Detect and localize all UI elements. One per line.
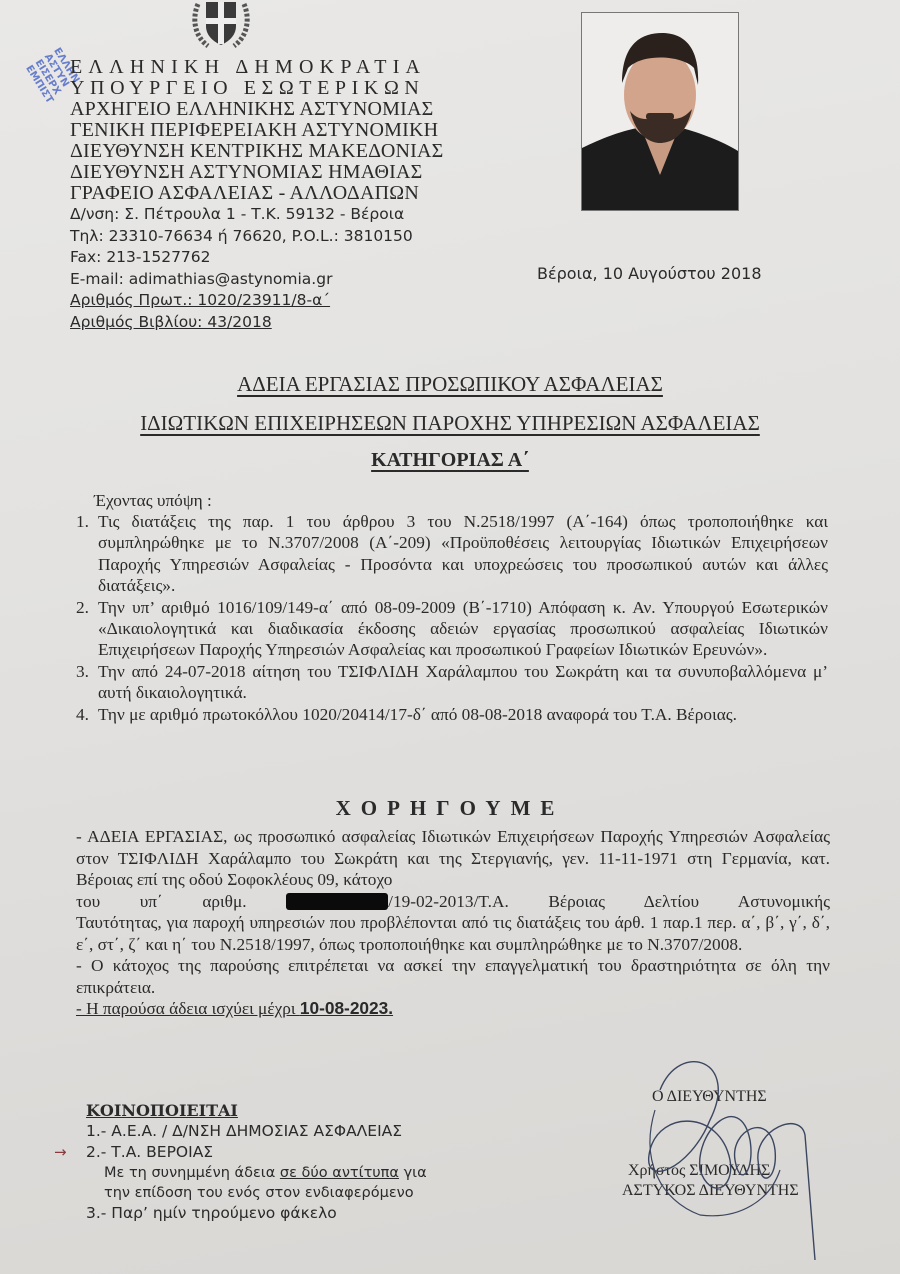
item-text: Την υπ’ αριθμό 1016/109/149-α΄ από 08-09…: [98, 598, 828, 660]
office-fax: Fax: 213-1527762: [70, 247, 443, 269]
title-text: ΑΔΕΙΑ ΕΡΓΑΣΙΑΣ ΠΡΟΣΩΠΙΚΟΥ ΑΣΦΑΛΕΙΑΣ: [237, 372, 663, 396]
grant-text: Ταυτότητας, για παροχή υπηρεσιών που προ…: [76, 913, 830, 954]
grant-text: - Ο κάτοχος της παρούσης επιτρέπεται να …: [76, 956, 830, 997]
item-text: Την από 24-07-2018 αίτηση του ΤΣΙΦΛΙΔΗ Χ…: [98, 662, 828, 702]
considering-intro: Έχοντας υπόψη :: [94, 490, 848, 511]
signature-block: Ο ΔΙΕΥΘΥΝΤΗΣ Χρήστος ΣΙΜΟΥΛΗΣ ΑΣΤΥΚΟΣ ΔΙ…: [600, 1050, 880, 1270]
note-underlined-text: σε δύο αντίτυπα: [280, 1165, 399, 1181]
header-line: ΑΡΧΗΓΕΙΟ ΕΛΛΗΝΙΚΗΣ ΑΣΤΥΝΟΜΙΑΣ: [70, 99, 443, 120]
grant-heading: ΧΟΡΗΓΟΥΜΕ: [0, 796, 900, 821]
considerations-list: 1.Τις διατάξεις της παρ. 1 του άρθρου 3 …: [76, 511, 828, 725]
office-phone: Τηλ: 23310-76634 ή 76620, P.O.L.: 381015…: [70, 226, 443, 248]
issuing-authority-header: ΕΛΛΗΝΙΚΗ ΔΗΜΟΚΡΑΤΙΑ ΥΠΟΥΡΓΕΙΟ ΕΣΩΤΕΡΙΚΩΝ…: [70, 57, 443, 333]
notification-item: 3.- Παρ’ ημίν τηρούμενο φάκελο: [86, 1203, 427, 1224]
office-address: Δ/νση: Σ. Πέτρουλα 1 - Τ.Κ. 59132 - Βέρο…: [70, 204, 443, 226]
office-email: E-mail: adimathias@astynomia.gr: [70, 269, 443, 291]
item-text: Τις διατάξεις της παρ. 1 του άρθρου 3 το…: [98, 512, 828, 595]
title-text: ΙΔΙΩΤΙΚΩΝ ΕΠΙΧΕΙΡΗΣΕΩΝ ΠΑΡΟΧΗΣ ΥΠΗΡΕΣΙΩΝ…: [140, 411, 760, 435]
document-category: ΚΑΤΗΓΟΡΙΑΣ Α΄: [0, 449, 900, 472]
item-number: 1.: [76, 511, 89, 532]
header-line: ΔΙΕΥΘΥΝΣΗ ΑΣΤΥΝΟΜΙΑΣ ΗΜΑΘΙΑΣ: [70, 162, 443, 183]
item-number: 2.: [76, 597, 89, 618]
redacted-id-number: [286, 893, 388, 910]
book-number: Αριθμός Βιβλίου: 43/2018: [70, 312, 443, 334]
notification-item-text: 2.- Τ.Α. ΒΕΡΟΙΑΣ: [86, 1143, 213, 1161]
item-number: 3.: [76, 661, 89, 682]
id-prefix: του υπ΄ αριθμ.: [76, 892, 247, 911]
header-line: ΕΛΛΗΝΙΚΗ ΔΗΜΟΚΡΑΤΙΑ: [70, 57, 443, 78]
id-suffix: /19-02-2013/Τ.Α. Βέροιας Δελτίου Αστυνομ…: [388, 892, 830, 911]
item-text: Την με αριθμό πρωτοκόλλου 1020/20414/17-…: [98, 705, 737, 724]
note-text: για: [399, 1165, 427, 1181]
protocol-number: Αριθμός Πρωτ.: 1020/23911/8-α΄: [70, 290, 443, 312]
validity-statement: - Η παρούσα άδεια ισχύει μέχρι 10-08-202…: [76, 999, 393, 1018]
header-line: ΥΠΟΥΡΓΕΙΟ ΕΣΩΤΕΡΙΚΩΝ: [70, 78, 443, 99]
header-line: ΔΙΕΥΘΥΝΣΗ ΚΕΝΤΡΙΚΗΣ ΜΑΚΕΔΟΝΙΑΣ: [70, 141, 443, 162]
notification-item: 1.- Α.Ε.Α. / Δ/ΝΣΗ ΔΗΜΟΣΙΑΣ ΑΣΦΑΛΕΙΑΣ: [86, 1121, 427, 1142]
notification-item-note: την επίδοση του ενός στον ενδιαφερόμενο: [86, 1183, 427, 1203]
greek-coat-of-arms-icon: [190, 0, 252, 50]
grant-body: - ΑΔΕΙΑ ΕΡΓΑΣΙΑΣ, ως προσωπικό ασφαλείας…: [76, 826, 830, 1020]
id-card-line: του υπ΄ αριθμ. /19-02-2013/Τ.Α. Βέροιας …: [76, 891, 830, 913]
item-number: 4.: [76, 704, 89, 725]
notification-heading: ΚΟΙΝΟΠΟΙΕΙΤΑΙ: [86, 1100, 427, 1121]
arrow-icon: →: [54, 1142, 67, 1163]
document-page: ΕΛΛΗΝ ΑΣΤΥΝ ΕΙΣΕΡΧ ΕΜΠΙΣΤ ΕΛΛΗΝΙΚΗ ΔΗΜΟΚ…: [0, 0, 900, 1274]
consideration-item: 4.Την με αριθμό πρωτοκόλλου 1020/20414/1…: [76, 704, 828, 725]
notification-item: → 2.- Τ.Α. ΒΕΡΟΙΑΣ: [86, 1142, 427, 1163]
header-line: ΓΕΝΙΚΗ ΠΕΡΙΦΕΡΕΙΑΚΗ ΑΣΤΥΝΟΜΙΚΗ: [70, 120, 443, 141]
grant-text: - ΑΔΕΙΑ ΕΡΓΑΣΙΑΣ, ως προσωπικό ασφαλείας…: [76, 827, 830, 889]
applicant-photo: [581, 12, 739, 211]
note-text: Με τη συνημμένη άδεια: [104, 1165, 280, 1181]
notification-item-note: Με τη συνημμένη άδεια σε δύο αντίτυπα γι…: [86, 1163, 427, 1183]
validity-date: 10-08-2023.: [300, 998, 393, 1018]
consideration-item: 2.Την υπ’ αριθμό 1016/109/149-α΄ από 08-…: [76, 597, 828, 661]
handwritten-signature: [600, 1050, 880, 1270]
category-text: ΚΑΤΗΓΟΡΙΑΣ Α΄: [371, 449, 529, 471]
consideration-item: 3.Την από 24-07-2018 αίτηση του ΤΣΙΦΛΙΔΗ…: [76, 661, 828, 704]
document-title-line-2: ΙΔΙΩΤΙΚΩΝ ΕΠΙΧΕΙΡΗΣΕΩΝ ΠΑΡΟΧΗΣ ΥΠΗΡΕΣΙΩΝ…: [0, 411, 900, 436]
header-line: ΓΡΑΦΕΙΟ ΑΣΦΑΛΕΙΑΣ - ΑΛΛΟΔΑΠΩΝ: [70, 183, 443, 204]
consideration-item: 1.Τις διατάξεις της παρ. 1 του άρθρου 3 …: [76, 511, 828, 597]
document-title-line-1: ΑΔΕΙΑ ΕΡΓΑΣΙΑΣ ΠΡΟΣΩΠΙΚΟΥ ΑΣΦΑΛΕΙΑΣ: [0, 372, 900, 397]
notification-list: ΚΟΙΝΟΠΟΙΕΙΤΑΙ 1.- Α.Ε.Α. / Δ/ΝΣΗ ΔΗΜΟΣΙΑ…: [86, 1100, 427, 1224]
validity-prefix: - Η παρούσα άδεια ισχύει μέχρι: [76, 999, 300, 1018]
issue-date: Βέροια, 10 Αυγούστου 2018: [537, 264, 762, 283]
